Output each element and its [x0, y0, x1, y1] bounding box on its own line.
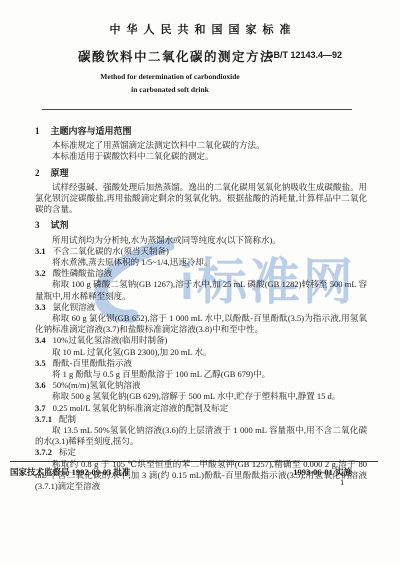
paragraph-text: 称取约 0.8 g 于 105 ℃烘至恒重的苯二甲酸氢钾(GB 1257),精确… [35, 459, 367, 491]
clause-title: 主题内容与适用范围 [51, 126, 132, 136]
clause-number: 3.6 [35, 380, 46, 390]
english-title-line2: in carbonated soft drink [20, 83, 320, 96]
paragraph: 所用试剂均为分析纯,水为蒸馏水或同等纯度水(以下简称水)。 [35, 235, 367, 246]
clause-number: 3.7.1 [35, 414, 52, 424]
document-page: i标准网 中华人民共和国国家标准 碳酸饮料中二氧化碳的测定方法 GB/T 121… [0, 0, 400, 565]
clause-number: 3.7 [35, 403, 46, 413]
paragraph-text: 所用试剂均为分析纯,水为蒸馏水或同等纯度水(以下简称水)。 [52, 235, 281, 245]
clause-title: 标定 [59, 447, 76, 457]
paragraph-text: 称取 500 g 氢氧化钠(GB 629),溶解于 500 mL 水中,贮存于塑… [52, 391, 340, 401]
clause-heading: 3.7.2标定 [35, 447, 367, 458]
paragraph-text: 称取 60 g 氯化钡(GB 652),溶于 1 000 mL 水中,以酚酞-百… [35, 313, 367, 334]
clause-heading: 2原理 [35, 168, 367, 179]
clause-heading: 3.3氯化钡溶液 [35, 302, 367, 313]
paragraph: 称取 500 g 氢氧化钠(GB 629),溶解于 500 mL 水中,贮存于塑… [35, 391, 367, 402]
national-standard-header: 中华人民共和国国家标准 [0, 21, 400, 37]
english-title: Method for determination of carbondioxid… [20, 70, 320, 96]
paragraph: 取 13.5 mL 50%氢氧化钠溶液(3.6)的上层清液于 1 000 mL … [35, 425, 367, 447]
clause-heading: 3.70.25 mol/L 氢氧化钠标准滴定溶液的配制及标定 [35, 403, 367, 414]
paragraph: 试样经强碱、强酸处理后加热蒸馏。逸出的二氧化碳用氢氧化钠吸收生成碳酸盐。用氯化钡… [35, 182, 367, 216]
clause-heading: 3.650%(m/m)氢氧化钠溶液 [35, 380, 367, 391]
paragraph-text: 试样经强碱、强酸处理后加热蒸馏。逸出的二氧化碳用氢氧化钠吸收生成碳酸盐。用氯化钡… [35, 182, 367, 214]
paragraph-text: 称取 100 g 磷酸二氢钠(GB 1267),溶于水中,加 25 mL 磷酸(… [35, 279, 367, 300]
clause-heading: 3.1不含二氧化碳的水(须当天制备) [35, 246, 367, 257]
clause-number: 3.5 [35, 358, 46, 368]
clause-number: 3 [35, 220, 40, 230]
standard-number: GB/T 12143.4—92 [266, 50, 342, 60]
clause-number: 3.7.2 [35, 447, 52, 457]
clause-title: 0.25 mol/L 氢氧化钠标准滴定溶液的配制及标定 [53, 403, 229, 413]
clause-number: 2 [35, 168, 40, 178]
paragraph-text: 本标准适用于碳酸饮料中二氧化碳的测定。 [52, 151, 214, 161]
clause-number: 3.4 [35, 335, 46, 345]
title-row: 碳酸饮料中二氧化碳的测定方法 GB/T 12143.4—92 [42, 47, 342, 67]
body-blocks: 1主题内容与适用范围本标准规定了用蒸馏滴定法测定饮料中二氧化碳的方法。本标准适用… [35, 121, 367, 492]
page-title: 碳酸饮料中二氧化碳的测定方法 [78, 47, 274, 65]
clause-title: 50%(m/m)氢氧化钠溶液 [53, 380, 141, 390]
clause-heading: 3.2酸性磷酸盐溶液 [35, 268, 367, 279]
paragraph-text: 取 10 mL 过氧化氢(GB 2300),加 20 mL 水。 [52, 347, 211, 357]
clause-heading: 3.5酚酞-百里酚酞指示液 [35, 358, 367, 369]
clause-title: 原理 [51, 168, 69, 178]
clause-heading: 3.7.1配制 [35, 414, 367, 425]
paragraph-text: 取 13.5 mL 50%氢氧化钠溶液(3.6)的上层清液于 1 000 mL … [35, 425, 367, 446]
paragraph: 将 1 g 酚酞与 0.5 g 百里酚酞溶于 100 mL 乙醇(GB 679)… [35, 369, 367, 380]
clause-title: 不含二氧化碳的水(须当天制备) [53, 246, 169, 256]
clause-title: 配制 [59, 414, 76, 424]
paragraph: 将水煮沸,蒸去原体积的 1/5~1/4,迅速冷却。 [35, 257, 367, 268]
paragraph-text: 将水煮沸,蒸去原体积的 1/5~1/4,迅速冷却。 [52, 257, 212, 267]
clause-title: 氯化钡溶液 [53, 302, 96, 312]
paragraph-text: 将 1 g 酚酞与 0.5 g 百里酚酞溶于 100 mL 乙醇(GB 679)… [52, 369, 270, 379]
paragraph-text: 本标准规定了用蒸馏滴定法测定饮料中二氧化碳的方法。 [52, 140, 265, 150]
clause-number: 3.3 [35, 302, 46, 312]
clause-title: 酸性磷酸盐溶液 [53, 268, 113, 278]
clause-number: 3.1 [35, 246, 46, 256]
clause-heading: 3.410%过氧化氢溶液(临用时制备) [35, 335, 367, 346]
paragraph: 本标准适用于碳酸饮料中二氧化碳的测定。 [35, 151, 367, 162]
clause-heading: 3试剂 [35, 220, 367, 231]
paragraph: 本标准规定了用蒸馏滴定法测定饮料中二氧化碳的方法。 [35, 140, 367, 151]
clause-title: 试剂 [51, 220, 69, 230]
clause-heading: 1主题内容与适用范围 [35, 126, 367, 137]
clause-title: 10%过氧化氢溶液(临用时制备) [53, 335, 168, 345]
clause-number: 1 [35, 126, 40, 136]
paragraph: 称取 100 g 磷酸二氢钠(GB 1267),溶于水中,加 25 mL 磷酸(… [35, 279, 367, 301]
clause-number: 3.2 [35, 268, 46, 278]
paragraph: 称取 60 g 氯化钡(GB 652),溶于 1 000 mL 水中,以酚酞-百… [35, 313, 367, 335]
clause-title: 酚酞-百里酚酞指示液 [53, 358, 132, 368]
paragraph: 称取约 0.8 g 于 105 ℃烘至恒重的苯二甲酸氢钾(GB 1257),精确… [35, 459, 367, 493]
header-divider [42, 109, 352, 110]
paragraph: 取 10 mL 过氧化氢(GB 2300),加 20 mL 水。 [35, 347, 367, 358]
english-title-line1: Method for determination of carbondioxid… [20, 70, 320, 83]
